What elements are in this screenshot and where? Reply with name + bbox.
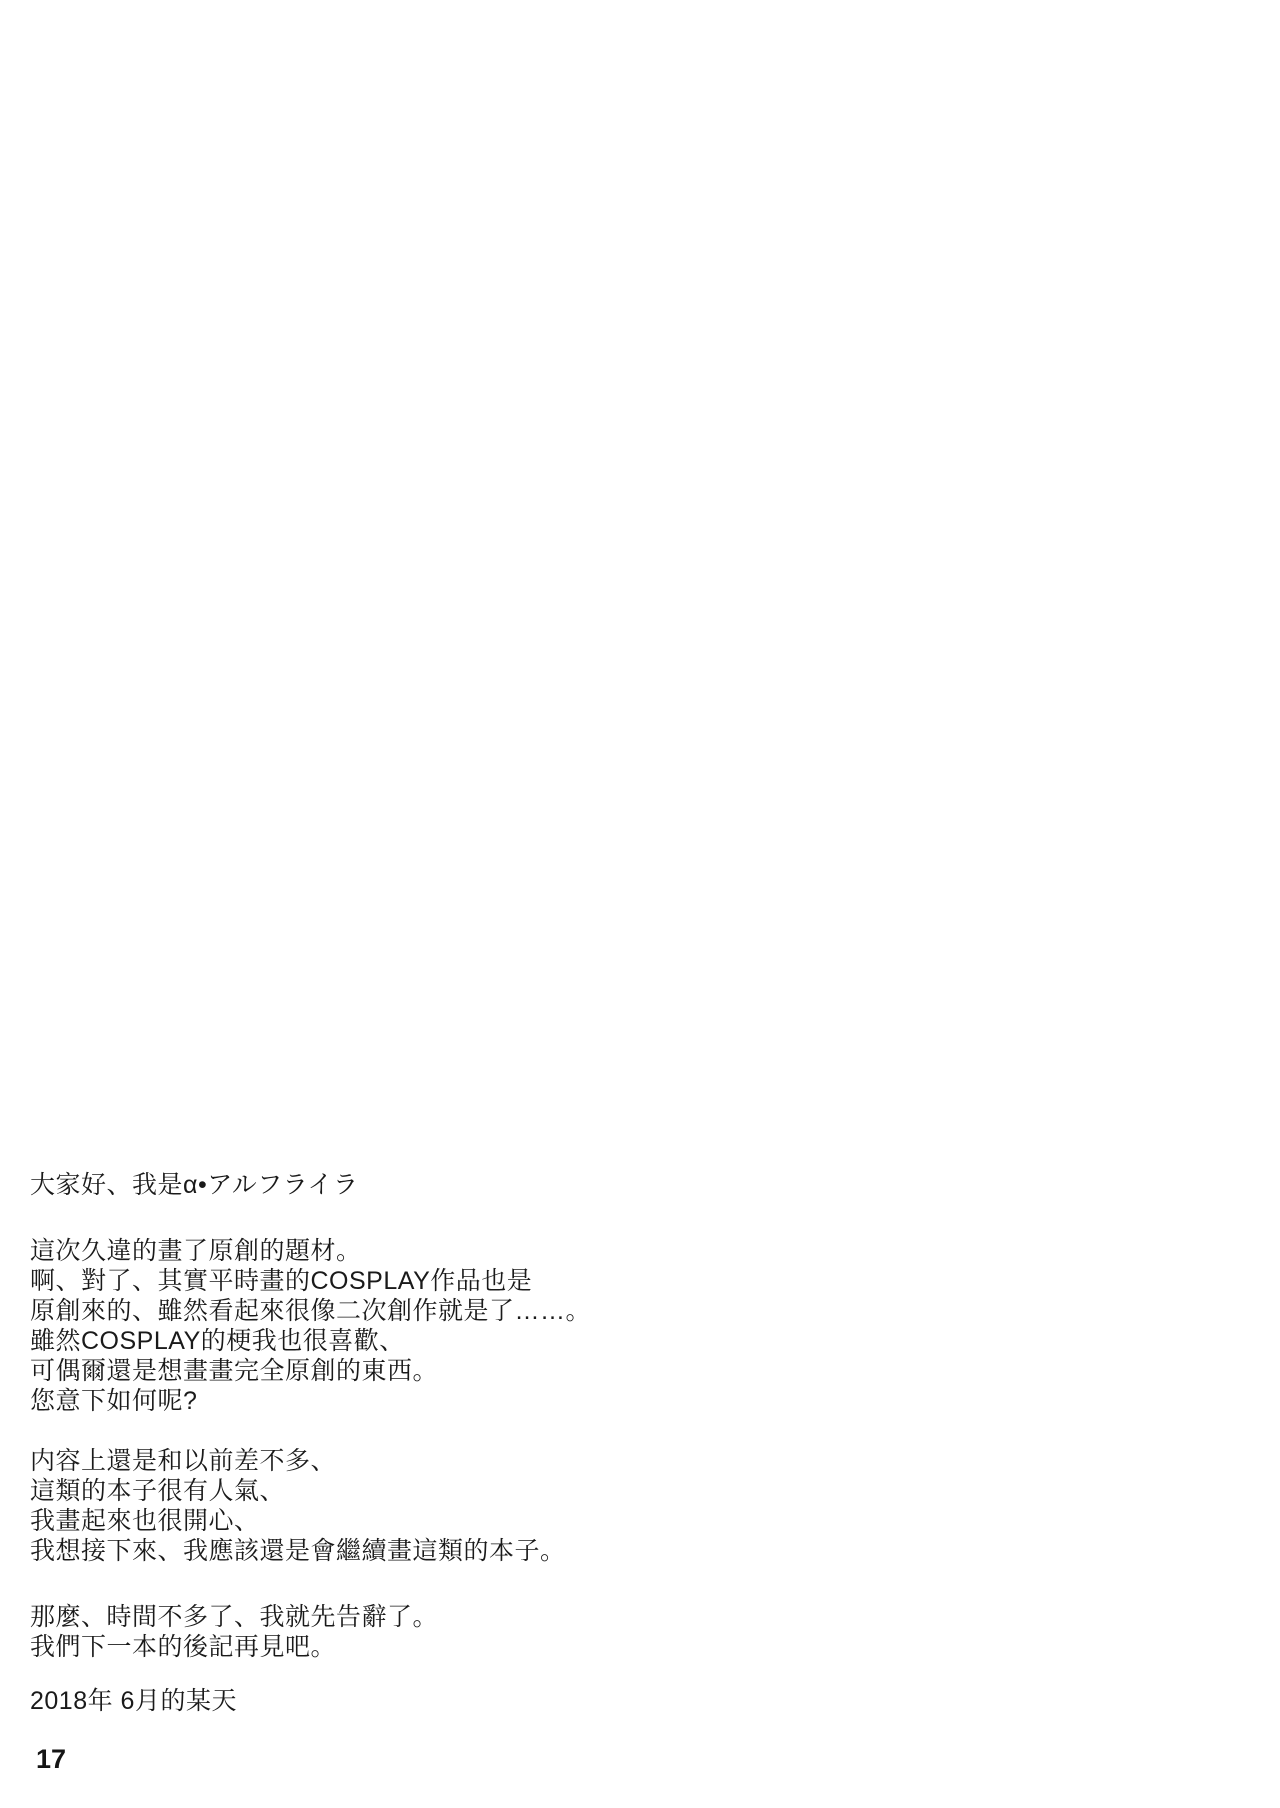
afterword-line: 内容上還是和以前差不多、 bbox=[30, 1446, 1130, 1476]
afterword-page: 大家好、我是α•アルフライラ 這次久違的畫了原創的題材。 啊、對了、其實平時畫的… bbox=[0, 0, 1280, 1808]
afterword-line: 可偶爾還是想畫畫完全原創的東西。 bbox=[30, 1356, 1130, 1386]
date-text: 2018年 6月的某天 bbox=[30, 1686, 1130, 1716]
afterword-line: 您意下如何呢? bbox=[30, 1386, 1130, 1416]
afterword-line: 這類的本子很有人氣、 bbox=[30, 1476, 1130, 1506]
afterword-line: 大家好、我是α•アルフライラ bbox=[30, 1170, 1130, 1200]
afterword-line: 啊、對了、其實平時畫的COSPLAY作品也是 bbox=[30, 1266, 1130, 1296]
afterword-line: 那麼、時間不多了、我就先告辭了。 bbox=[30, 1602, 1130, 1632]
afterword-line: 我們下一本的後記再見吧。 bbox=[30, 1632, 1130, 1662]
afterword-date-line: 2018年 6月的某天 bbox=[30, 1686, 1130, 1716]
afterword-line: 這次久違的畫了原創的題材。 bbox=[30, 1236, 1130, 1266]
afterword-line: 我畫起來也很開心、 bbox=[30, 1506, 1130, 1536]
afterword-text: 大家好、我是α•アルフライラ 這次久違的畫了原創的題材。 啊、對了、其實平時畫的… bbox=[30, 1170, 1130, 1746]
afterword-paragraph-original-works: 這次久違的畫了原創的題材。 啊、對了、其實平時畫的COSPLAY作品也是 原創來… bbox=[30, 1236, 1130, 1416]
afterword-paragraph-greeting: 大家好、我是α•アルフライラ bbox=[30, 1170, 1130, 1200]
afterword-paragraph-farewell: 那麼、時間不多了、我就先告辭了。 我們下一本的後記再見吧。 bbox=[30, 1602, 1130, 1662]
page-number: 17 bbox=[36, 1744, 66, 1774]
afterword-line: 我想接下來、我應該還是會繼續畫這類的本子。 bbox=[30, 1536, 1130, 1566]
afterword-line: 原創來的、雖然看起來很像二次創作就是了……。 bbox=[30, 1296, 1130, 1326]
afterword-paragraph-content: 内容上還是和以前差不多、 這類的本子很有人氣、 我畫起來也很開心、 我想接下來、… bbox=[30, 1446, 1130, 1566]
afterword-line: 雖然COSPLAY的梗我也很喜歡、 bbox=[30, 1326, 1130, 1356]
